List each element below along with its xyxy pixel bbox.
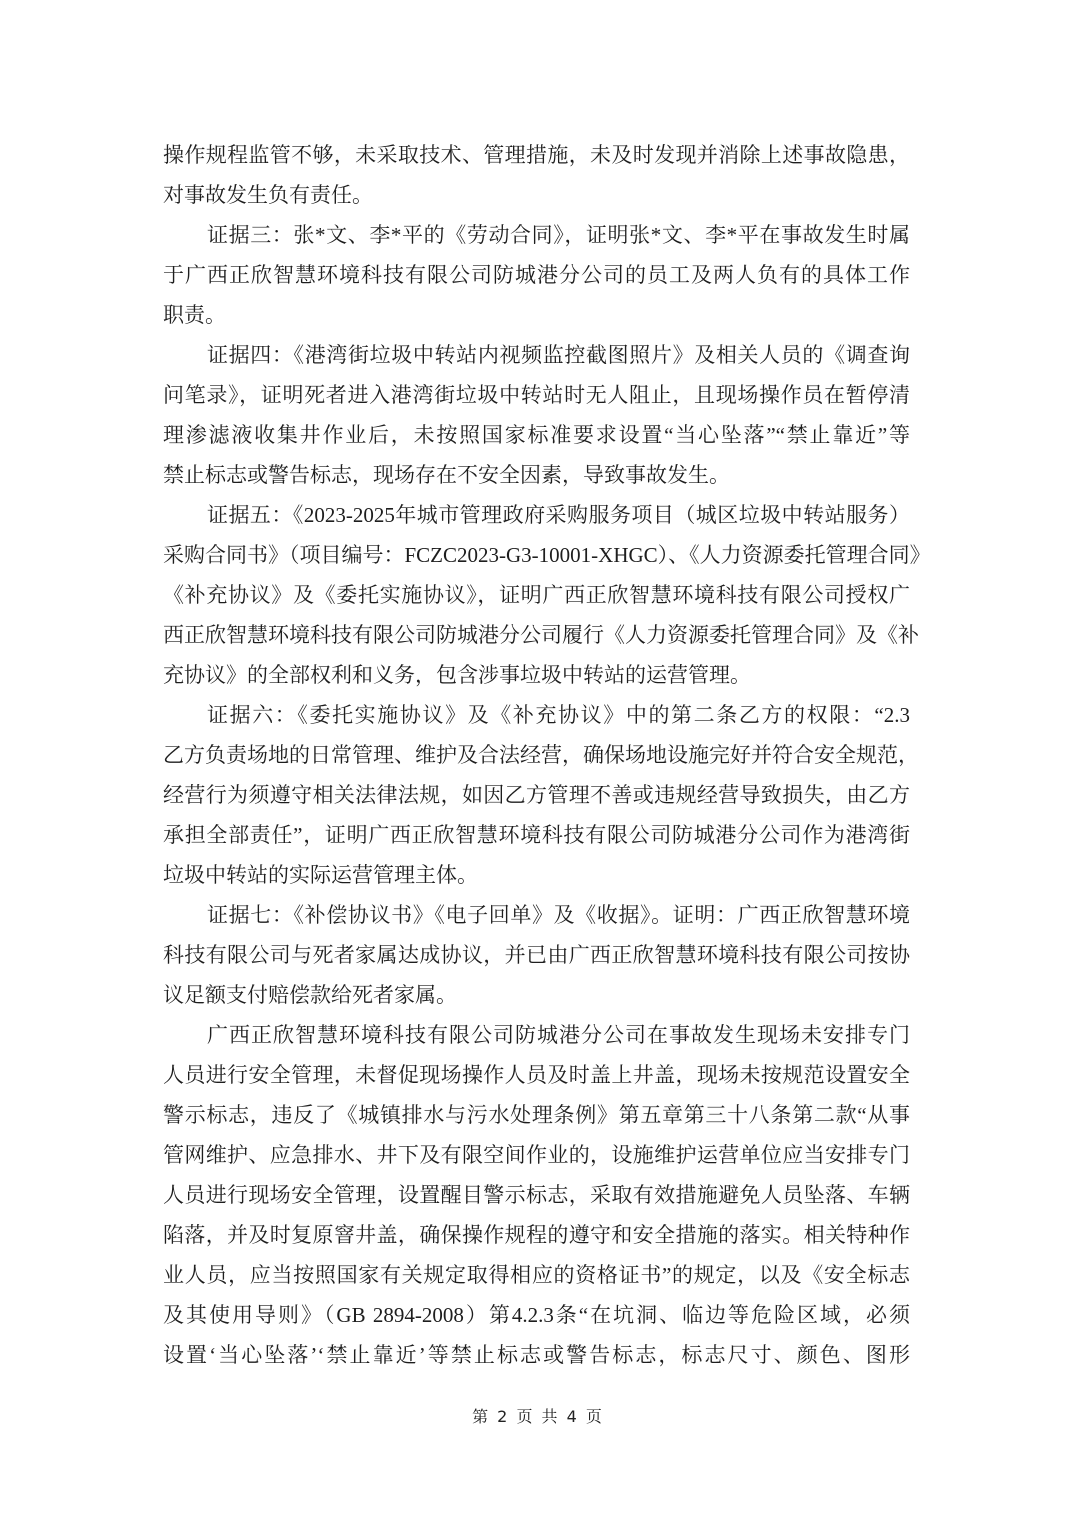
text-line: 于广西正欣智慧环境科技有限公司防城港分公司的员工及两人负有的具体工作 (163, 255, 910, 295)
paragraph-evidence-3: 证据三：张*文、李*平的《劳动合同》，证明张*文、李*平在事故发生时属 于广西正… (163, 215, 910, 335)
text-line: 证据四：《港湾街垃圾中转站内视频监控截图照片》及相关人员的《调查询 (163, 335, 910, 375)
text-line: 证据三：张*文、李*平的《劳动合同》，证明张*文、李*平在事故发生时属 (163, 215, 910, 255)
document-page: 操作规程监管不够，未采取技术、管理措施，未及时发现并消除上述事故隐患， 对事故发… (0, 0, 1074, 1520)
text-line: 证据七：《补偿协议书》《电子回单》及《收据》。证明：广西正欣智慧环境 (163, 895, 910, 935)
text-line: 理渗滤液收集井作业后，未按照国家标准要求设置“当心坠落”“禁止靠近”等 (163, 415, 910, 455)
text-line: 广西正欣智慧环境科技有限公司防城港分公司在事故发生现场未安排专门 (163, 1015, 910, 1055)
paragraph-evidence-4: 证据四：《港湾街垃圾中转站内视频监控截图照片》及相关人员的《调查询 问笔录》，证… (163, 335, 910, 495)
text-line: 操作规程监管不够，未采取技术、管理措施，未及时发现并消除上述事故隐患， (163, 135, 910, 175)
text-line: 承担全部责任”，证明广西正欣智慧环境科技有限公司防城港分公司作为港湾街 (163, 815, 910, 855)
text-line: 业人员，应当按照国家有关规定取得相应的资格证书”的规定，以及《安全标志 (163, 1255, 910, 1295)
text-line: 管网维护、应急排水、井下及有限空间作业的，设施维护运营单位应当安排专门 (163, 1135, 910, 1175)
text-line: 议足额支付赔偿款给死者家属。 (163, 975, 910, 1015)
text-line: 证据六：《委托实施协议》及《补充协议》中的第二条乙方的权限：“2.3 (163, 695, 910, 735)
text-line: 乙方负责场地的日常管理、维护及合法经营，确保场地设施完好并符合安全规范， (163, 735, 910, 775)
text-line: 西正欣智慧环境科技有限公司防城港分公司履行《人力资源委托管理合同》及《补 (163, 615, 910, 655)
text-line: 禁止标志或警告标志，现场存在不安全因素，导致事故发生。 (163, 455, 910, 495)
text-line: 人员进行安全管理，未督促现场操作人员及时盖上井盖，现场未按规范设置安全 (163, 1055, 910, 1095)
text-line: 陷落，并及时复原窨井盖，确保操作规程的遵守和安全措施的落实。相关特种作 (163, 1215, 910, 1255)
text-line: 采购合同书》（项目编号：FCZC2023-G3-10001-XHGC）、《人力资… (163, 535, 910, 575)
paragraph-evidence-6: 证据六：《委托实施协议》及《补充协议》中的第二条乙方的权限：“2.3 乙方负责场… (163, 695, 910, 895)
paragraph-evidence-5: 证据五：《2023-2025年城市管理政府采购服务项目（城区垃圾中转站服务） 采… (163, 495, 910, 695)
paragraph-violation-finding: 广西正欣智慧环境科技有限公司防城港分公司在事故发生现场未安排专门 人员进行安全管… (163, 1015, 910, 1375)
text-line: 及其使用导则》（GB 2894-2008）第4.2.3条“在坑洞、临边等危险区域… (163, 1295, 910, 1335)
document-body: 操作规程监管不够，未采取技术、管理措施，未及时发现并消除上述事故隐患， 对事故发… (163, 135, 910, 1375)
text-line: 人员进行现场安全管理，设置醒目警示标志，采取有效措施避免人员坠落、车辆 (163, 1175, 910, 1215)
paragraph-continuation: 操作规程监管不够，未采取技术、管理措施，未及时发现并消除上述事故隐患， 对事故发… (163, 135, 910, 215)
page-number-footer: 第 2 页 共 4 页 (0, 1404, 1074, 1427)
text-line: 问笔录》，证明死者进入港湾街垃圾中转站时无人阻止，且现场操作员在暂停清 (163, 375, 910, 415)
text-line: 经营行为须遵守相关法律法规，如因乙方管理不善或违规经营导致损失，由乙方 (163, 775, 910, 815)
text-line: 充协议》的全部权利和义务，包含涉事垃圾中转站的运营管理。 (163, 655, 910, 695)
text-line: 科技有限公司与死者家属达成协议，并已由广西正欣智慧环境科技有限公司按协 (163, 935, 910, 975)
paragraph-evidence-7: 证据七：《补偿协议书》《电子回单》及《收据》。证明：广西正欣智慧环境 科技有限公… (163, 895, 910, 1015)
text-line: 设置‘当心坠落’‘禁止靠近’等禁止标志或警告标志，标志尺寸、颜色、图形 (163, 1335, 910, 1375)
text-line: 《补充协议》及《委托实施协议》，证明广西正欣智慧环境科技有限公司授权广 (163, 575, 910, 615)
text-line: 警示标志，违反了《城镇排水与污水处理条例》第五章第三十八条第二款“从事 (163, 1095, 910, 1135)
text-line: 职责。 (163, 295, 910, 335)
text-line: 证据五：《2023-2025年城市管理政府采购服务项目（城区垃圾中转站服务） (163, 495, 910, 535)
text-line: 对事故发生负有责任。 (163, 175, 910, 215)
text-line: 垃圾中转站的实际运营管理主体。 (163, 855, 910, 895)
